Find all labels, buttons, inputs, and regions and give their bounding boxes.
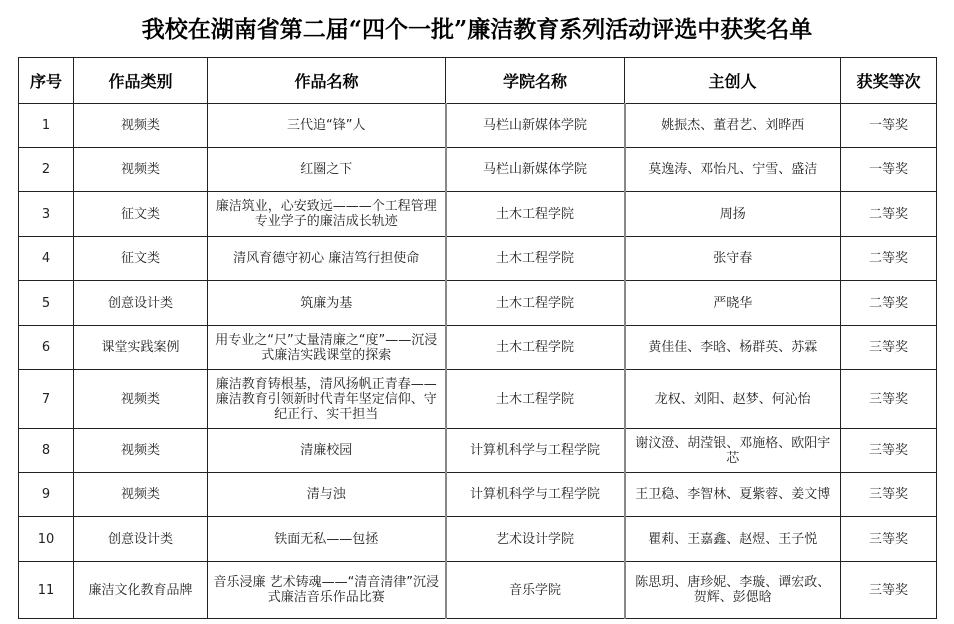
- header-category: 作品类别: [74, 58, 208, 104]
- awards-table: 序号 作品类别 作品名称 学院名称 主创人 获奖等次 1 视频类 三代追“锋”人…: [18, 57, 937, 619]
- table-row: 11 廉洁文化教育品牌 音乐浸廉 艺术铸魂——“清音清律”沉浸式廉洁音乐作品比赛…: [19, 562, 937, 619]
- cell-award: 三等奖: [841, 517, 937, 562]
- cell-category: 廉洁文化教育品牌: [74, 562, 208, 619]
- cell-creators: 周扬: [625, 192, 841, 237]
- cell-creators: 瞿莉、王嘉鑫、赵煜、王子悦: [625, 517, 841, 562]
- cell-work: 廉洁筑业，心安致远———个工程管理专业学子的廉洁成长轨迹: [208, 192, 446, 237]
- table-row: 7 视频类 廉洁教育铸根基，清风扬帆正青春——廉洁教育引领新时代青年坚定信仰、守…: [19, 370, 937, 429]
- header-no: 序号: [19, 58, 74, 104]
- cell-no: 10: [19, 517, 74, 562]
- table-row: 6 课堂实践案例 用专业之“尺”丈量清廉之“度”——沉浸式廉洁实践课堂的探索 土…: [19, 326, 937, 370]
- cell-no: 8: [19, 429, 74, 473]
- cell-creators: 陈思玥、唐珍妮、李璇、谭宏政、贺辉、彭偲晗: [625, 562, 841, 619]
- cell-work: 廉洁教育铸根基，清风扬帆正青春——廉洁教育引领新时代青年坚定信仰、守纪正行、实干…: [208, 370, 446, 429]
- cell-category: 创意设计类: [74, 281, 208, 326]
- cell-award: 三等奖: [841, 326, 937, 370]
- cell-creators: 姚振杰、董君艺、刘晔西: [625, 104, 841, 148]
- cell-college: 计算机科学与工程学院: [446, 473, 625, 517]
- header-award: 获奖等次: [841, 58, 937, 104]
- cell-award: 二等奖: [841, 192, 937, 237]
- cell-no: 6: [19, 326, 74, 370]
- cell-award: 二等奖: [841, 281, 937, 326]
- cell-work: 三代追“锋”人: [208, 104, 446, 148]
- table-row: 5 创意设计类 筑廉为基 土木工程学院 严晓华 二等奖: [19, 281, 937, 326]
- table-row: 8 视频类 清廉校园 计算机科学与工程学院 谢汶澄、胡滢银、邓施格、欧阳宇芯 三…: [19, 429, 937, 473]
- cell-work: 筑廉为基: [208, 281, 446, 326]
- page-title: 我校在湖南省第二届“四个一批”廉洁教育系列活动评选中获奖名单: [0, 14, 954, 46]
- cell-creators: 王卫稳、李智林、夏紫蓉、姜文博: [625, 473, 841, 517]
- cell-category: 视频类: [74, 148, 208, 192]
- cell-college: 土木工程学院: [446, 192, 625, 237]
- header-creators: 主创人: [625, 58, 841, 104]
- cell-creators: 黄佳佳、李晗、杨群英、苏霖: [625, 326, 841, 370]
- cell-no: 4: [19, 237, 74, 281]
- cell-no: 11: [19, 562, 74, 619]
- cell-college: 音乐学院: [446, 562, 625, 619]
- cell-creators: 莫逸涛、邓怡凡、宁雪、盛洁: [625, 148, 841, 192]
- cell-no: 7: [19, 370, 74, 429]
- cell-college: 计算机科学与工程学院: [446, 429, 625, 473]
- table-row: 10 创意设计类 铁面无私——包拯 艺术设计学院 瞿莉、王嘉鑫、赵煜、王子悦 三…: [19, 517, 937, 562]
- cell-college: 土木工程学院: [446, 281, 625, 326]
- cell-work: 红圈之下: [208, 148, 446, 192]
- cell-no: 9: [19, 473, 74, 517]
- cell-no: 1: [19, 104, 74, 148]
- cell-award: 一等奖: [841, 148, 937, 192]
- cell-category: 视频类: [74, 473, 208, 517]
- cell-work: 铁面无私——包拯: [208, 517, 446, 562]
- table-row: 3 征文类 廉洁筑业，心安致远———个工程管理专业学子的廉洁成长轨迹 土木工程学…: [19, 192, 937, 237]
- cell-work: 清廉校园: [208, 429, 446, 473]
- cell-award: 三等奖: [841, 473, 937, 517]
- cell-work: 清风育德守初心 廉洁笃行担使命: [208, 237, 446, 281]
- table-row: 4 征文类 清风育德守初心 廉洁笃行担使命 土木工程学院 张守春 二等奖: [19, 237, 937, 281]
- cell-work: 清与浊: [208, 473, 446, 517]
- cell-category: 创意设计类: [74, 517, 208, 562]
- table-row: 9 视频类 清与浊 计算机科学与工程学院 王卫稳、李智林、夏紫蓉、姜文博 三等奖: [19, 473, 937, 517]
- cell-work: 音乐浸廉 艺术铸魂——“清音清律”沉浸式廉洁音乐作品比赛: [208, 562, 446, 619]
- cell-award: 三等奖: [841, 562, 937, 619]
- cell-work: 用专业之“尺”丈量清廉之“度”——沉浸式廉洁实践课堂的探索: [208, 326, 446, 370]
- cell-award: 三等奖: [841, 429, 937, 473]
- cell-college: 马栏山新媒体学院: [446, 148, 625, 192]
- cell-award: 二等奖: [841, 237, 937, 281]
- cell-creators: 张守春: [625, 237, 841, 281]
- cell-creators: 严晓华: [625, 281, 841, 326]
- table-header-row: 序号 作品类别 作品名称 学院名称 主创人 获奖等次: [19, 58, 937, 104]
- cell-category: 视频类: [74, 104, 208, 148]
- cell-college: 艺术设计学院: [446, 517, 625, 562]
- cell-category: 视频类: [74, 370, 208, 429]
- cell-college: 土木工程学院: [446, 237, 625, 281]
- cell-creators: 龙权、刘阳、赵梦、何沁怡: [625, 370, 841, 429]
- cell-creators: 谢汶澄、胡滢银、邓施格、欧阳宇芯: [625, 429, 841, 473]
- header-work: 作品名称: [208, 58, 446, 104]
- cell-award: 三等奖: [841, 370, 937, 429]
- cell-college: 土木工程学院: [446, 326, 625, 370]
- cell-award: 一等奖: [841, 104, 937, 148]
- cell-no: 2: [19, 148, 74, 192]
- cell-category: 征文类: [74, 237, 208, 281]
- cell-no: 5: [19, 281, 74, 326]
- table-row: 2 视频类 红圈之下 马栏山新媒体学院 莫逸涛、邓怡凡、宁雪、盛洁 一等奖: [19, 148, 937, 192]
- cell-college: 土木工程学院: [446, 370, 625, 429]
- cell-category: 征文类: [74, 192, 208, 237]
- cell-category: 视频类: [74, 429, 208, 473]
- header-college: 学院名称: [446, 58, 625, 104]
- cell-no: 3: [19, 192, 74, 237]
- cell-category: 课堂实践案例: [74, 326, 208, 370]
- cell-college: 马栏山新媒体学院: [446, 104, 625, 148]
- table-row: 1 视频类 三代追“锋”人 马栏山新媒体学院 姚振杰、董君艺、刘晔西 一等奖: [19, 104, 937, 148]
